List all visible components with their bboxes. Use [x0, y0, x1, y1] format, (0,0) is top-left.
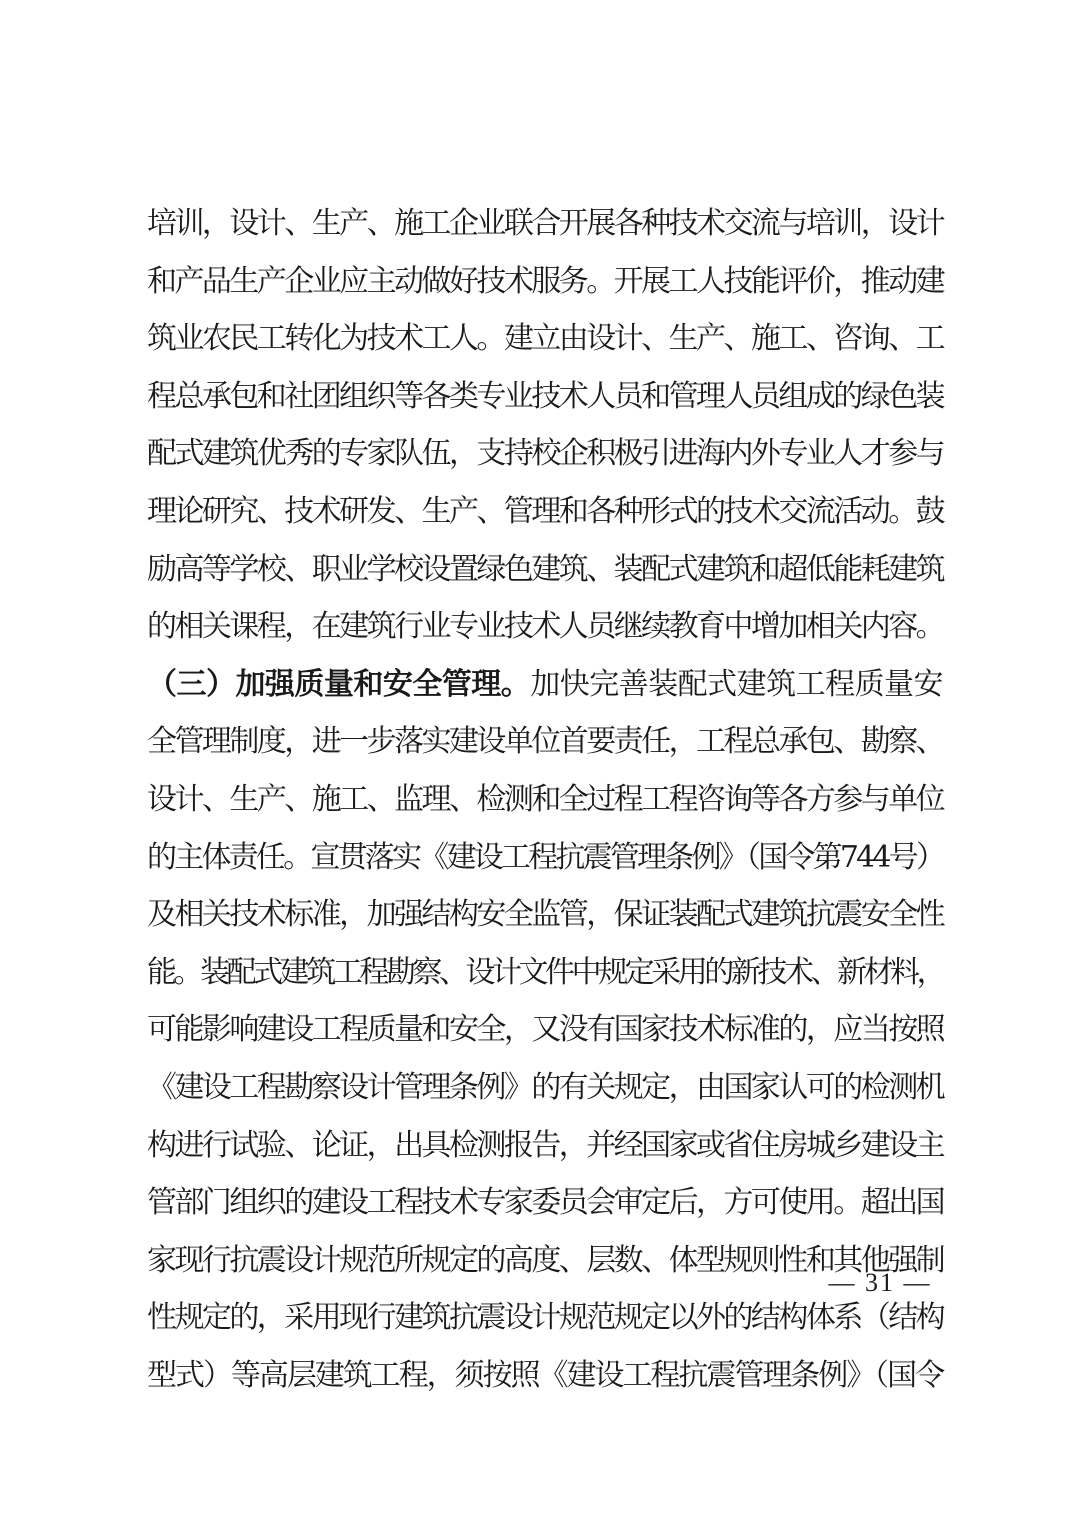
text-line: 的主体责任。宣贯落实《建设工程抗震管理条例》（国令第744号）: [147, 838, 943, 896]
text-line: 构进行试验、论证，出具检测报告，并经国家或省住房城乡建设主: [147, 1126, 943, 1184]
text-line: 及相关技术标准，加强结构安全监管，保证装配式建筑抗震安全性: [147, 895, 943, 953]
section-heading-line: （三）加强质量和安全管理。加快完善装配式建筑工程质量安: [147, 665, 943, 723]
text-line: 理论研究、技术研发、生产、管理和各种形式的技术交流活动。鼓: [147, 492, 943, 550]
text-line: 性规定的，采用现行建筑抗震设计规范规定以外的结构体系（结构: [147, 1298, 943, 1356]
text-line: 配式建筑优秀的专家队伍，支持校企积极引进海内外专业人才参与: [147, 434, 943, 492]
text-line: 和产品生产企业应主动做好技术服务。开展工人技能评价，推动建: [147, 262, 943, 320]
text-line: 能。装配式建筑工程勘察、设计文件中规定采用的新技术、新材料，: [147, 953, 943, 1011]
text-line: 管部门组织的建设工程技术专家委员会审定后，方可使用。超出国: [147, 1183, 943, 1241]
body-text: 培训，设计、生产、施工企业联合开展各种技术交流与培训，设计 和产品生产企业应主动…: [147, 204, 943, 1413]
section-heading-continuation: 加快完善装配式建筑工程质量安: [530, 667, 943, 702]
text-line: 程总承包和社团组织等各类专业技术人员和管理人员组成的绿色装: [147, 377, 943, 435]
text-line: 可能影响建设工程质量和安全，又没有国家技术标准的，应当按照: [147, 1010, 943, 1068]
text-line: 《建设工程勘察设计管理条例》的有关规定，由国家认可的检测机: [147, 1068, 943, 1126]
text-line: 励高等学校、职业学校设置绿色建筑、装配式建筑和超低能耗建筑: [147, 550, 943, 608]
text-line: 设计、生产、施工、监理、检测和全过程工程咨询等各方参与单位: [147, 780, 943, 838]
text-line: 筑业农民工转化为技术工人。建立由设计、生产、施工、咨询、工: [147, 319, 943, 377]
text-line: 的相关课程，在建筑行业专业技术人员继续教育中增加相关内容。: [147, 607, 943, 665]
page-number: — 31 —: [800, 1268, 960, 1298]
section-heading: （三）加强质量和安全管理。: [147, 667, 530, 702]
document-page: 培训，设计、生产、施工企业联合开展各种技术交流与培训，设计 和产品生产企业应主动…: [0, 0, 1080, 1527]
text-line: 培训，设计、生产、施工企业联合开展各种技术交流与培训，设计: [147, 204, 943, 262]
text-line: 型式）等高层建筑工程，须按照《建设工程抗震管理条例》（国令: [147, 1356, 943, 1414]
text-line: 全管理制度，进一步落实建设单位首要责任，工程总承包、勘察、: [147, 722, 943, 780]
